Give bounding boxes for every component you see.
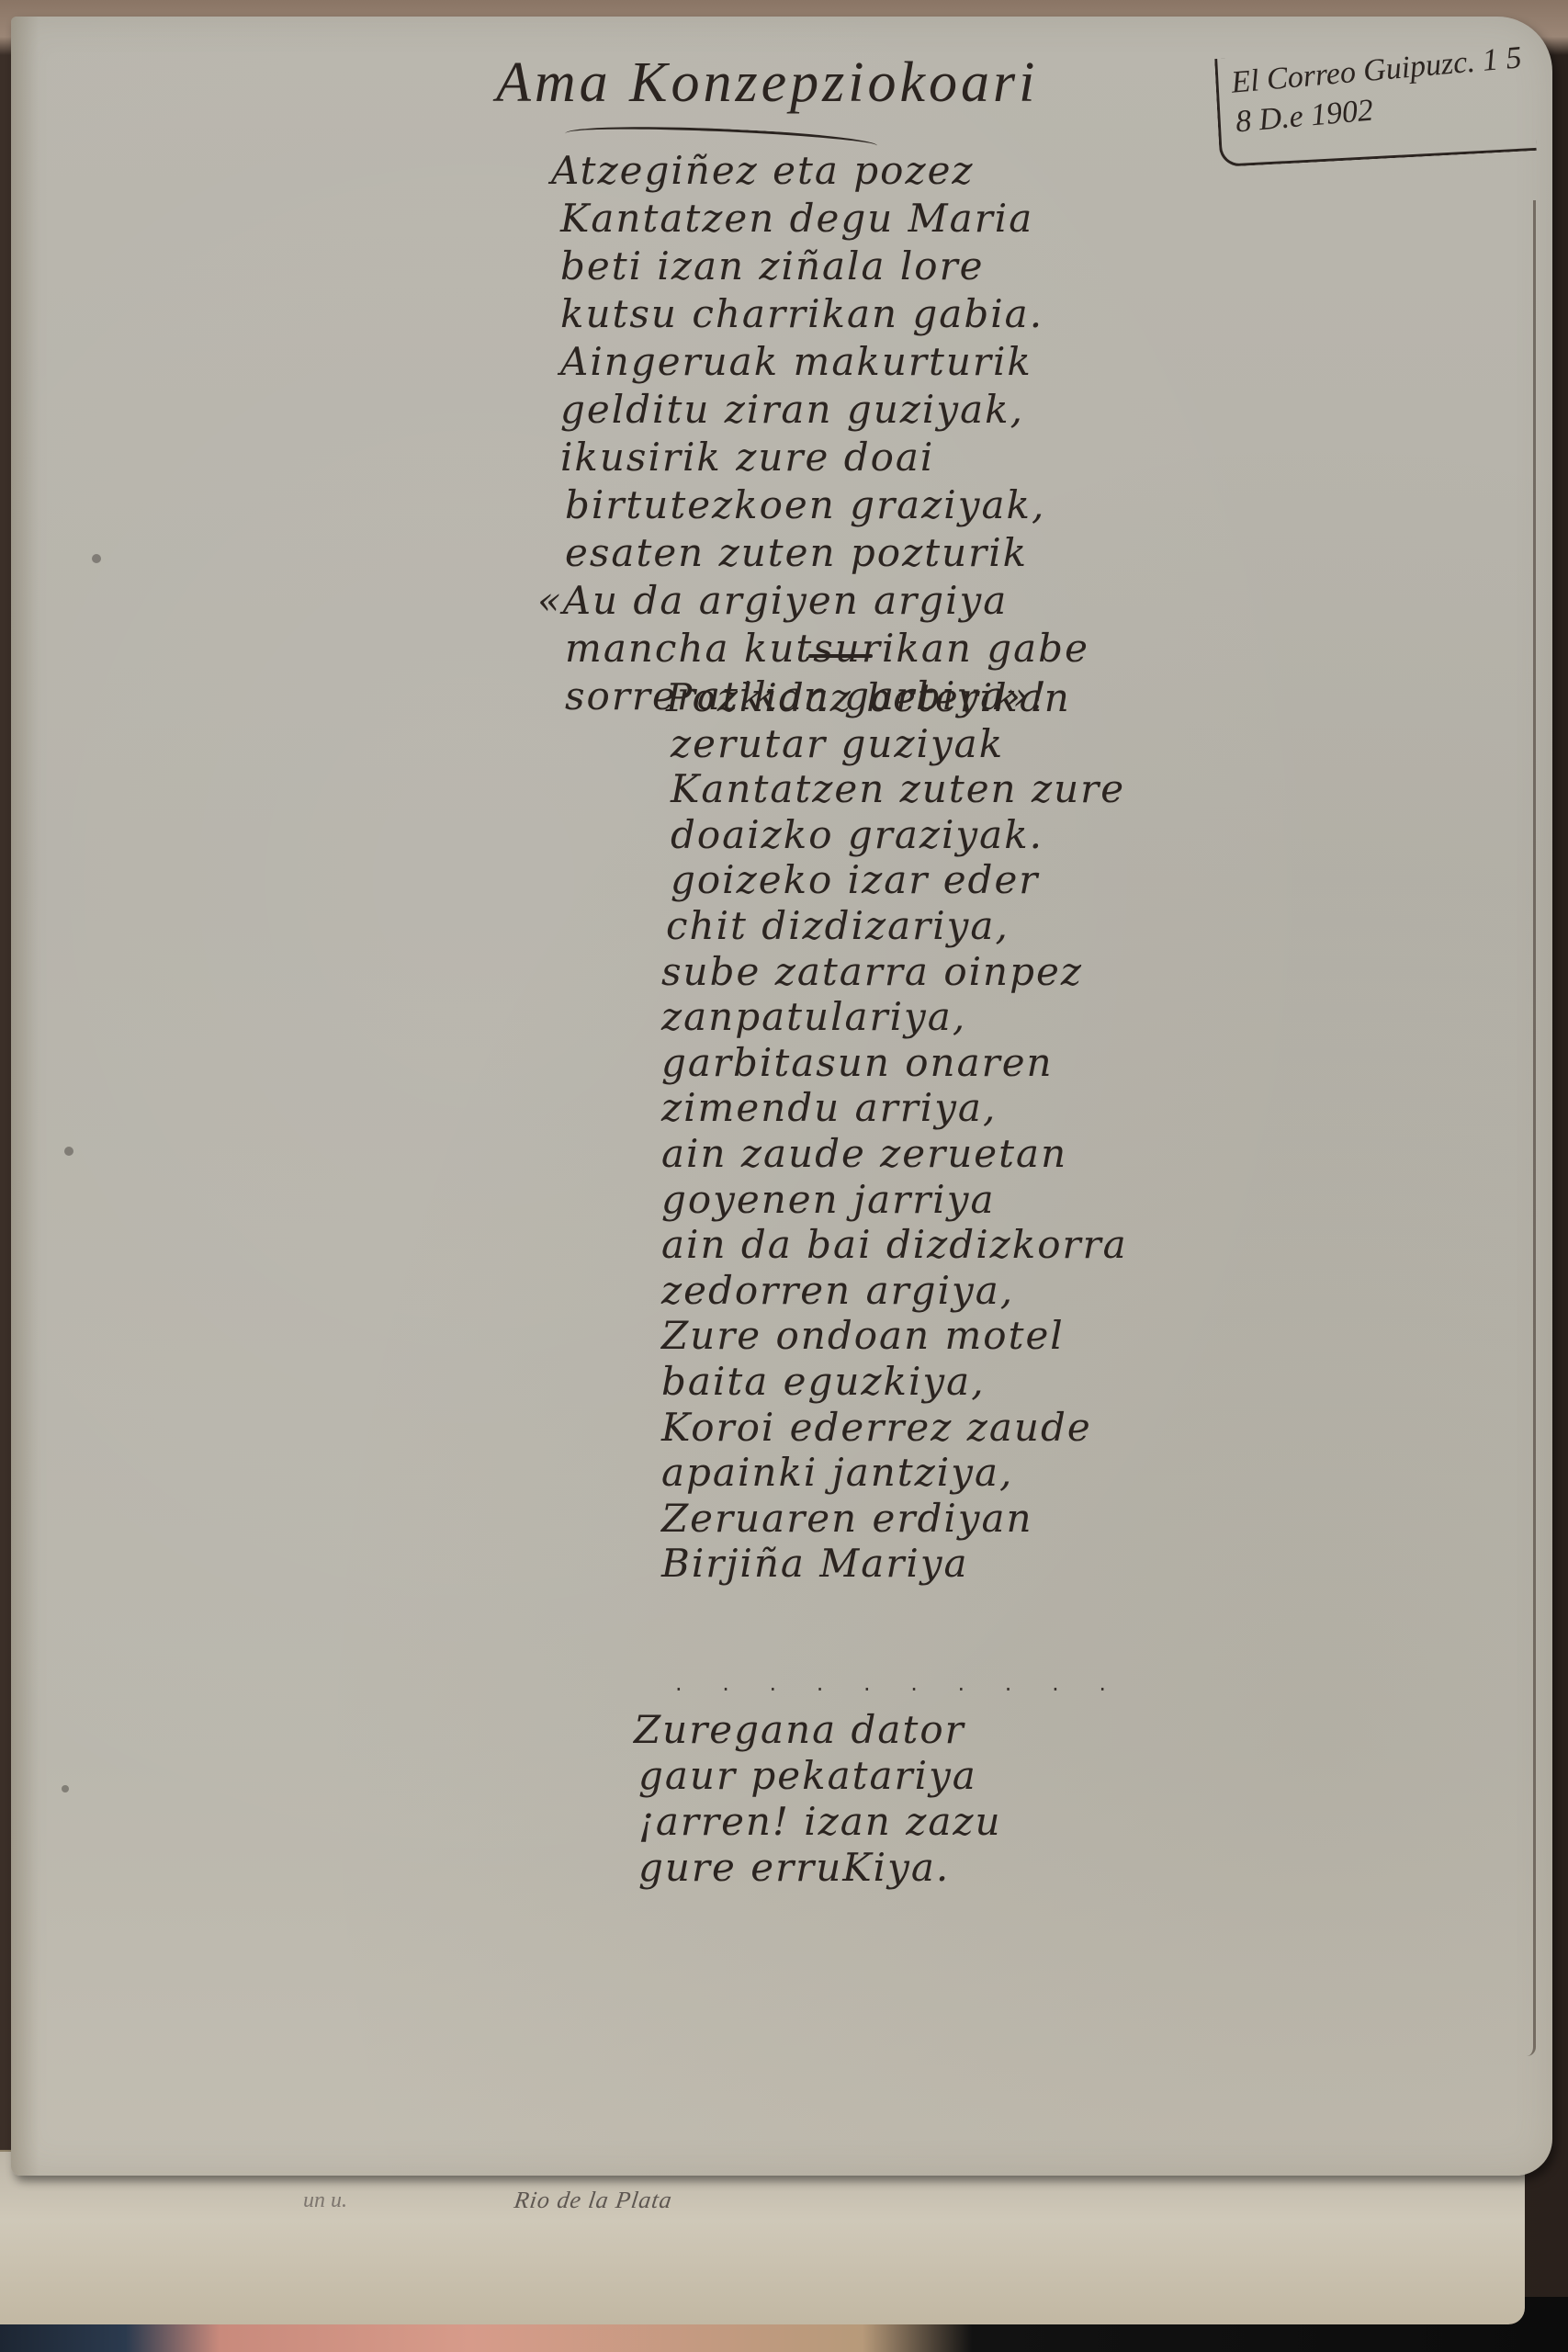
verse-line: zimendu arriya, <box>661 1085 1128 1131</box>
verse-line: chit dizdizariya, <box>666 903 1133 949</box>
verse-line: zedorren argiya, <box>661 1268 1128 1314</box>
verse-2: Pozkidaz beterikan zerutar guziyak Kanta… <box>666 675 1133 1587</box>
verse-line: Aingeruak makurturik <box>560 338 1085 386</box>
verse-line: Birjiña Mariya <box>661 1541 1128 1587</box>
verse-line: Atzegiñez eta pozez <box>551 147 1076 195</box>
verse-1: Atzegiñez eta pozez Kantatzen degu Maria… <box>551 147 1076 720</box>
verse-line: Koroi ederrez zaude <box>661 1405 1128 1451</box>
verse-line: ain zaude zeruetan <box>661 1131 1128 1177</box>
verse-line: Zuregana dator <box>634 1707 998 1753</box>
bottom-margin-note-left: un u. <box>303 2188 347 2213</box>
verse-line: apainki jantziya, <box>661 1450 1128 1496</box>
verse-line: doaizko graziyak. <box>671 812 1137 858</box>
verse-line: ain da bai dizdizkorra <box>661 1222 1128 1268</box>
verse-line: gure erruKiya. <box>638 1845 1002 1891</box>
verse-divider <box>808 654 873 658</box>
verse-line: garbitasun onaren <box>661 1040 1128 1086</box>
verse-line: Kantatzen degu Maria <box>560 195 1085 243</box>
underlying-sheet: un u. Rio de la Plata <box>0 2150 1525 2324</box>
verse-line: gaur pekatariya <box>638 1753 1002 1799</box>
verse-line: birtutezkoen graziyak, <box>565 481 1089 529</box>
verse-line: zanpatulariya, <box>661 994 1128 1040</box>
verse-line: beti izan ziñala lore <box>560 243 1085 290</box>
verse-3: Zuregana dator gaur pekatariya ¡arren! i… <box>634 1707 998 1891</box>
verse-line: goyenen jarriya <box>661 1177 1128 1223</box>
verse-line: zerutar guziyak <box>671 721 1137 767</box>
verse-line: ikusirik zure doai <box>560 434 1085 481</box>
verse-line: goizeko izar eder <box>671 857 1137 903</box>
verse-line: esaten zuten pozturik <box>565 529 1089 577</box>
paper-speck <box>64 1147 73 1156</box>
verse-line: Zure ondoan motel <box>661 1313 1128 1359</box>
verse-line: Zeruaren erdiyan <box>661 1496 1128 1542</box>
verse-line: mancha kutsurikan gabe <box>565 625 1089 673</box>
verse-separator: . . . . . . . . . . <box>675 1670 1122 1696</box>
verse-line: ¡arren! izan zazu <box>638 1799 1002 1845</box>
verse-line: baita eguzkiya, <box>661 1359 1128 1405</box>
paper-speck <box>62 1785 69 1792</box>
paper-speck <box>92 554 101 563</box>
verse-line: kutsu charrikan gabia. <box>560 290 1085 338</box>
page-edge <box>1527 200 1536 2056</box>
verse-line: Pozkidaz beterikan <box>666 675 1133 721</box>
page-title: Ama Konzepziokoari <box>496 51 1038 116</box>
verse-line: «Au da argiyen argiya <box>537 577 1062 625</box>
verse-line: gelditu ziran guziyak, <box>560 386 1085 434</box>
verse-line: Kantatzen zuten zure <box>671 766 1137 812</box>
verse-line: sube zatarra oinpez <box>661 949 1128 995</box>
bottom-margin-note: Rio de la Plata <box>513 2187 674 2214</box>
